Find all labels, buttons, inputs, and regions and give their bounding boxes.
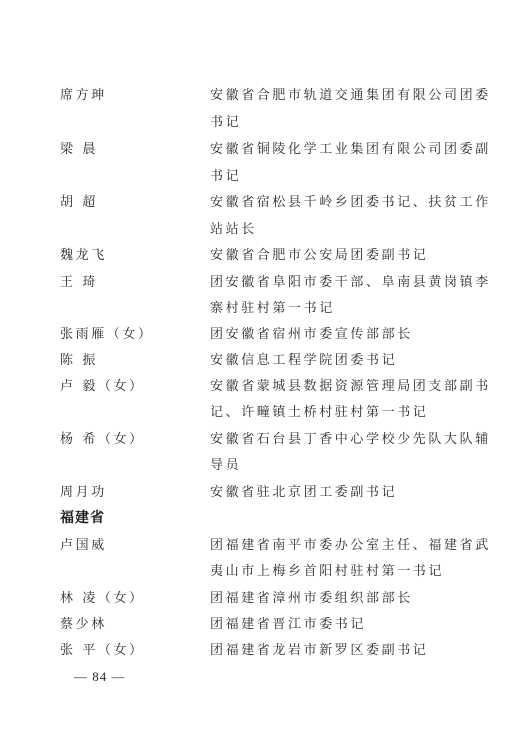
person-position-cont: 记、许疃镇土桥村驻村第一书记: [210, 405, 428, 421]
person-position: 安徽省宿松县千岭乡团委书记、扶贫工作: [210, 195, 491, 211]
person-name: 林 凌（女）: [60, 591, 145, 607]
person-position-cont: 书记: [210, 169, 241, 185]
person-name: 张雨雁（女）: [60, 327, 154, 343]
person-name: 卢国威: [60, 538, 107, 554]
person-name: 魏龙飞: [60, 248, 107, 264]
person-position: 团福建省漳州市委组织部部长: [210, 591, 413, 607]
person-position-cont: 书记: [210, 115, 241, 131]
document-page: 席方珅 安徽省合肥市轨道交通集团有限公司团委 书记 梁 晨 安徽省铜陵化学工业集…: [0, 0, 530, 748]
person-position-cont: 夷山市上梅乡首阳村驻村第一书记: [210, 564, 444, 580]
person-name: 王 琦: [60, 275, 98, 291]
person-name: 梁 晨: [60, 142, 98, 158]
person-name: 卢 毅（女）: [60, 379, 145, 395]
person-position-cont: 站站长: [210, 222, 257, 238]
person-name: 胡 超: [60, 195, 98, 211]
person-position: 安徽信息工程学院团委书记: [210, 353, 397, 369]
person-position: 团福建省南平市委办公室主任、福建省武: [210, 538, 491, 554]
person-name: 张 平（女）: [60, 643, 145, 659]
person-position: 安徽省蒙城县数据资源管理局团支部副书: [210, 379, 491, 395]
person-position: 安徽省合肥市公安局团委副书记: [210, 248, 428, 264]
person-name: 杨 希（女）: [60, 432, 145, 448]
person-position-cont: 导员: [210, 458, 241, 474]
person-position: 安徽省石台县丁香中心学校少先队大队辅: [210, 432, 491, 448]
person-position: 团安徽省阜阳市委干部、阜南县黄岗镇李: [210, 275, 491, 291]
person-position: 安徽省铜陵化学工业集团有限公司团委副: [210, 142, 491, 158]
person-name: 蔡少林: [60, 617, 107, 633]
person-position: 团安徽省宿州市委宣传部部长: [210, 327, 413, 343]
page-number: — 84 —: [74, 669, 126, 685]
person-position: 安徽省驻北京团工委副书记: [210, 485, 397, 501]
person-position: 团福建省龙岩市新罗区委副书记: [210, 643, 428, 659]
person-position-cont: 寨村驻村第一书记: [210, 301, 335, 317]
person-position: 团福建省晋江市委书记: [210, 617, 366, 633]
person-name: 陈 振: [60, 353, 98, 369]
person-name: 周月功: [60, 485, 107, 501]
person-position: 安徽省合肥市轨道交通集团有限公司团委: [210, 88, 491, 104]
section-heading: 福建省: [60, 510, 105, 526]
person-name: 席方珅: [60, 88, 107, 104]
